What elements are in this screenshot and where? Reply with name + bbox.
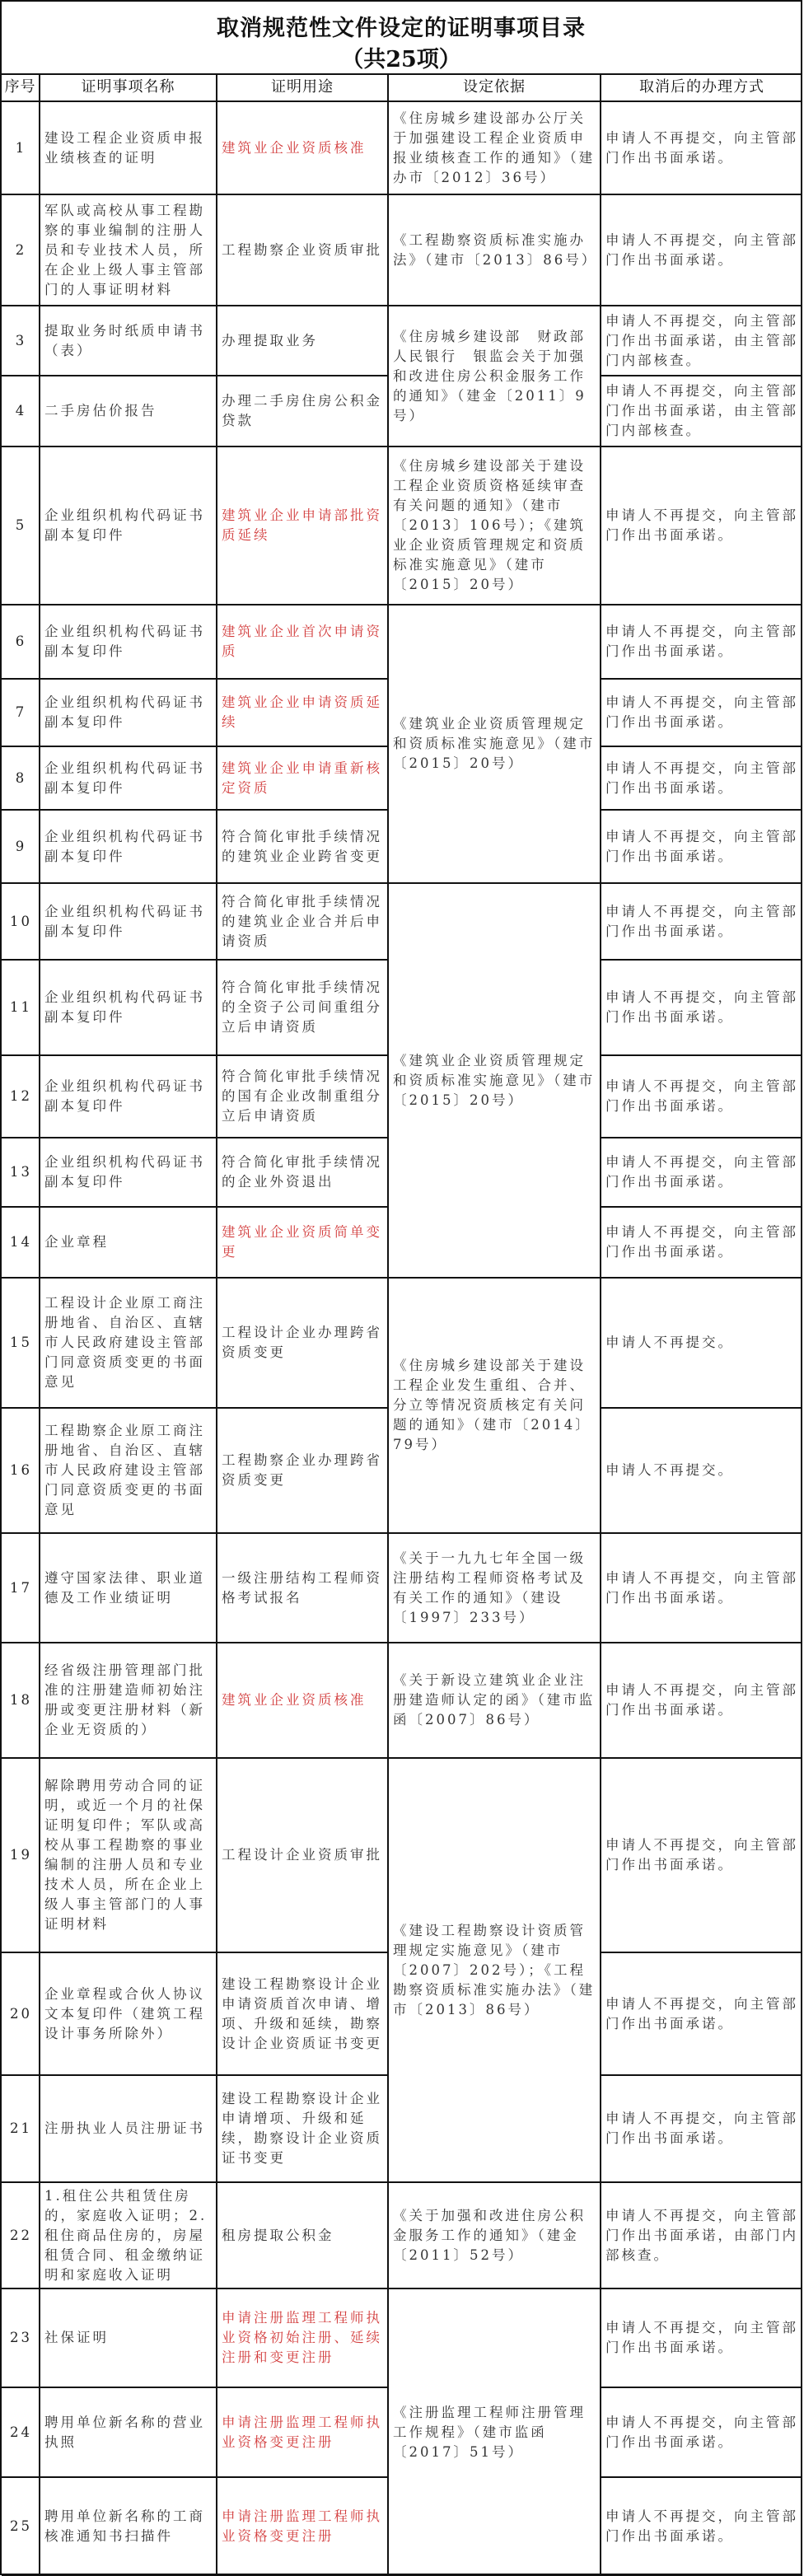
item-purpose: 建筑业企业申请重新核定资质	[217, 746, 388, 810]
handling-method: 申请人不再提交，向主管部门作出书面承诺。	[601, 1758, 802, 1952]
header-purpose: 证明用途	[217, 73, 388, 101]
handling-method: 申请人不再提交。	[601, 1408, 802, 1533]
row-index: 21	[2, 2075, 40, 2182]
row-index: 9	[2, 810, 40, 883]
handling-method: 申请人不再提交，向主管部门作出书面承诺。	[601, 1055, 802, 1138]
item-name: 企业章程	[40, 1207, 217, 1278]
row-index: 12	[2, 1055, 40, 1138]
row-index: 8	[2, 746, 40, 810]
item-purpose: 符合简化审批手续情况的建筑业企业合并后申请资质	[217, 883, 388, 960]
item-purpose: 工程勘察企业办理跨省资质变更	[217, 1408, 388, 1533]
item-name: 企业组织机构代码证书副本复印件	[40, 605, 217, 679]
table-row: 15工程设计企业原工商注册地省、自治区、直辖市人民政府建设主管部门同意资质变更的…	[2, 1278, 802, 1408]
handling-method: 申请人不再提交，向主管部门作出书面承诺。	[601, 194, 802, 306]
table-row: 3提取业务时纸质申请书（表）办理提取业务《住房城乡建设部 财政部 人民银行 银监…	[2, 306, 802, 376]
item-purpose: 工程设计企业资质审批	[217, 1758, 388, 1952]
row-index: 13	[2, 1138, 40, 1207]
legal-basis: 《住房城乡建设部关于建设工程企业发生重组、合并、分立等情况资质核定有关问题的通知…	[388, 1278, 601, 1533]
row-index: 5	[2, 446, 40, 605]
handling-method: 申请人不再提交，向主管部门作出书面承诺。	[601, 101, 802, 194]
item-name: 企业组织机构代码证书副本复印件	[40, 746, 217, 810]
item-purpose: 申请注册监理工程师执业资格初始注册、延续注册和变更注册	[217, 2288, 388, 2387]
handling-method: 申请人不再提交，向主管部门作出书面承诺。	[601, 605, 802, 679]
item-purpose: 申请注册监理工程师执业资格变更注册	[217, 2477, 388, 2576]
page-subtitle-count: （共25项）	[2, 41, 801, 73]
item-purpose: 符合简化审批手续情况的企业外资退出	[217, 1138, 388, 1207]
handling-method: 申请人不再提交，向主管部门作出书面承诺。	[601, 2288, 802, 2387]
table-row: 2军队或高校从事工程勘察的事业编制的注册人员和专业技术人员，所在企业上级人事主管…	[2, 194, 802, 306]
handling-method: 申请人不再提交，向主管部门作出书面承诺。	[601, 883, 802, 960]
row-index: 23	[2, 2288, 40, 2387]
item-name: 聘用单位新名称的工商核准通知书扫描件	[40, 2477, 217, 2576]
item-purpose: 符合简化审批手续情况的建筑业企业跨省变更	[217, 810, 388, 883]
item-name: 工程勘察企业原工商注册地省、自治区、直辖市人民政府建设主管部门同意资质变更的书面…	[40, 1408, 217, 1533]
row-index: 1	[2, 101, 40, 194]
item-name: 二手房估价报告	[40, 376, 217, 446]
table-row: 6企业组织机构代码证书副本复印件建筑业企业首次申请资质《建筑业企业资质管理规定和…	[2, 605, 802, 679]
legal-basis: 《住房城乡建设部关于建设工程企业资质资格延续审查有关问题的通知》（建市〔2013…	[388, 446, 601, 605]
item-name: 社保证明	[40, 2288, 217, 2387]
item-name: 企业组织机构代码证书副本复印件	[40, 883, 217, 960]
legal-basis: 《关于新设立建筑业企业注册建造师认定的函》（建市监函〔2007〕86号）	[388, 1643, 601, 1758]
row-index: 19	[2, 1758, 40, 1952]
row-index: 14	[2, 1207, 40, 1278]
item-purpose: 建筑业企业首次申请资质	[217, 605, 388, 679]
item-name: 经省级注册管理部门批准的注册建造师初始注册或变更注册材料（新企业无资质的）	[40, 1643, 217, 1758]
item-purpose: 租房提取公积金	[217, 2182, 388, 2288]
row-index: 24	[2, 2387, 40, 2477]
item-purpose: 申请注册监理工程师执业资格变更注册	[217, 2387, 388, 2477]
table-row: 1建设工程企业资质申报业绩核查的证明建筑业企业资质核准《住房城乡建设部办公厅关于…	[2, 101, 802, 194]
row-index: 16	[2, 1408, 40, 1533]
item-purpose: 建设工程勘察设计企业申请增项、升级和延续，勘察设计企业资质证书变更	[217, 2075, 388, 2182]
item-name: 遵守国家法律、职业道德及工作业绩证明	[40, 1533, 217, 1643]
item-name: 企业组织机构代码证书副本复印件	[40, 810, 217, 883]
page-title: 取消规范性文件设定的证明事项目录	[2, 10, 801, 42]
legal-basis: 《注册监理工程师注册管理工作规程》（建市监函〔2017〕51号）	[388, 2288, 601, 2576]
header-index: 序号	[2, 73, 40, 101]
item-purpose: 建筑业企业资质核准	[217, 101, 388, 194]
legal-basis: 《建筑业企业资质管理规定和资质标准实施意见》（建市〔2015〕20号）	[388, 883, 601, 1278]
row-index: 7	[2, 679, 40, 746]
item-name: 工程设计企业原工商注册地省、自治区、直辖市人民政府建设主管部门同意资质变更的书面…	[40, 1278, 217, 1408]
handling-method: 申请人不再提交。	[601, 1278, 802, 1408]
row-index: 4	[2, 376, 40, 446]
row-index: 10	[2, 883, 40, 960]
row-index: 20	[2, 1952, 40, 2075]
item-name: 建设工程企业资质申报业绩核查的证明	[40, 101, 217, 194]
table-row: 19解除聘用劳动合同的证明，或近一个月的社保证明复印件；军队或高校从事工程勘察的…	[2, 1758, 802, 1952]
handling-method: 申请人不再提交，向主管部门作出书面承诺。	[601, 1207, 802, 1278]
item-purpose: 建筑业企业申请资质延续	[217, 679, 388, 746]
legal-basis: 《建设工程勘察设计资质管理规定实施意见》（建市〔2007〕202号）；《工程勘察…	[388, 1758, 601, 2182]
certificate-items-table: 序号 证明事项名称 证明用途 设定依据 取消后的办理方式 1建设工程企业资质申报…	[2, 73, 802, 2576]
item-name: 聘用单位新名称的营业执照	[40, 2387, 217, 2477]
header-handling-method: 取消后的办理方式	[601, 73, 802, 101]
title-block: 取消规范性文件设定的证明事项目录 （共25项）	[2, 2, 801, 75]
handling-method: 申请人不再提交，向主管部门作出书面承诺，由主管部门内部核查。	[601, 306, 802, 376]
handling-method: 申请人不再提交，向主管部门作出书面承诺。	[601, 2477, 802, 2576]
handling-method: 申请人不再提交，向主管部门作出书面承诺，由主管部门内部核查。	[601, 376, 802, 446]
item-name: 提取业务时纸质申请书（表）	[40, 306, 217, 376]
table-row: 5企业组织机构代码证书副本复印件建筑业企业申请部批资质延续《住房城乡建设部关于建…	[2, 446, 802, 605]
handling-method: 申请人不再提交，向主管部门作出书面承诺。	[601, 446, 802, 605]
table-row: 221.租住公共租赁住房的，家庭收入证明；2.租住商品住房的，房屋租赁合同、租金…	[2, 2182, 802, 2288]
legal-basis: 《工程勘察资质标准实施办法》（建市〔2013〕86号）	[388, 194, 601, 306]
item-name: 企业组织机构代码证书副本复印件	[40, 446, 217, 605]
legal-basis: 《住房城乡建设部办公厅关于加强建设工程企业资质申报业绩核查工作的通知》（建办市〔…	[388, 101, 601, 194]
row-index: 11	[2, 960, 40, 1055]
row-index: 18	[2, 1643, 40, 1758]
item-purpose: 符合简化审批手续情况的全资子公司间重组分立后申请资质	[217, 960, 388, 1055]
handling-method: 申请人不再提交，向主管部门作出书面承诺。	[601, 2075, 802, 2182]
item-name: 企业组织机构代码证书副本复印件	[40, 1138, 217, 1207]
row-index: 15	[2, 1278, 40, 1408]
legal-basis: 《关于加强和改进住房公积金服务工作的通知》（建金〔2011〕52号）	[388, 2182, 601, 2288]
handling-method: 申请人不再提交，向主管部门作出书面承诺。	[601, 746, 802, 810]
table-row: 18经省级注册管理部门批准的注册建造师初始注册或变更注册材料（新企业无资质的）建…	[2, 1643, 802, 1758]
handling-method: 申请人不再提交，向主管部门作出书面承诺。	[601, 679, 802, 746]
item-purpose: 符合简化审批手续情况的国有企业改制重组分立后申请资质	[217, 1055, 388, 1138]
handling-method: 申请人不再提交，向主管部门作出书面承诺。	[601, 960, 802, 1055]
item-name: 注册执业人员注册证书	[40, 2075, 217, 2182]
row-index: 25	[2, 2477, 40, 2576]
item-name: 企业章程或合伙人协议文本复印件（建筑工程设计事务所除外）	[40, 1952, 217, 2075]
row-index: 6	[2, 605, 40, 679]
item-name: 解除聘用劳动合同的证明，或近一个月的社保证明复印件；军队或高校从事工程勘察的事业…	[40, 1758, 217, 1952]
legal-basis: 《住房城乡建设部 财政部 人民银行 银监会关于加强和改进住房公积金服务工作的通知…	[388, 306, 601, 446]
handling-method: 申请人不再提交，向主管部门作出书面承诺。	[601, 1643, 802, 1758]
row-index: 22	[2, 2182, 40, 2288]
item-purpose: 建筑业企业资质核准	[217, 1643, 388, 1758]
table-row: 17遵守国家法律、职业道德及工作业绩证明一级注册结构工程师资格考试报名《关于一九…	[2, 1533, 802, 1643]
item-name: 军队或高校从事工程勘察的事业编制的注册人员和专业技术人员，所在企业上级人事主管部…	[40, 194, 217, 306]
item-name: 企业组织机构代码证书副本复印件	[40, 1055, 217, 1138]
item-purpose: 办理二手房住房公积金贷款	[217, 376, 388, 446]
legal-basis: 《关于一九九七年全国一级注册结构工程师资格考试及有关工作的通知》（建设〔1997…	[388, 1533, 601, 1643]
item-purpose: 工程设计企业办理跨省资质变更	[217, 1278, 388, 1408]
item-name: 1.租住公共租赁住房的，家庭收入证明；2.租住商品住房的，房屋租赁合同、租金缴纳…	[40, 2182, 217, 2288]
item-purpose: 建设工程勘察设计企业申请资质首次申请、增项、升级和延续，勘察设计企业资质证书变更	[217, 1952, 388, 2075]
handling-method: 申请人不再提交，向主管部门作出书面承诺，由部门内部核查。	[601, 2182, 802, 2288]
handling-method: 申请人不再提交，向主管部门作出书面承诺。	[601, 810, 802, 883]
document-page: 取消规范性文件设定的证明事项目录 （共25项） 序号 证明事项名称 证明用途 设…	[0, 0, 802, 2575]
item-purpose: 一级注册结构工程师资格考试报名	[217, 1533, 388, 1643]
item-purpose: 建筑业企业资质简单变更	[217, 1207, 388, 1278]
item-purpose: 建筑业企业申请部批资质延续	[217, 446, 388, 605]
table-header-row: 序号 证明事项名称 证明用途 设定依据 取消后的办理方式	[2, 73, 802, 101]
item-name: 企业组织机构代码证书副本复印件	[40, 679, 217, 746]
header-legal-basis: 设定依据	[388, 73, 601, 101]
handling-method: 申请人不再提交，向主管部门作出书面承诺。	[601, 1533, 802, 1643]
item-name: 企业组织机构代码证书副本复印件	[40, 960, 217, 1055]
handling-method: 申请人不再提交，向主管部门作出书面承诺。	[601, 2387, 802, 2477]
header-item-name: 证明事项名称	[40, 73, 217, 101]
table-row: 10企业组织机构代码证书副本复印件符合简化审批手续情况的建筑业企业合并后申请资质…	[2, 883, 802, 960]
row-index: 3	[2, 306, 40, 376]
row-index: 2	[2, 194, 40, 306]
table-row: 23社保证明申请注册监理工程师执业资格初始注册、延续注册和变更注册《注册监理工程…	[2, 2288, 802, 2387]
handling-method: 申请人不再提交，向主管部门作出书面承诺。	[601, 1138, 802, 1207]
row-index: 17	[2, 1533, 40, 1643]
handling-method: 申请人不再提交，向主管部门作出书面承诺。	[601, 1952, 802, 2075]
item-purpose: 工程勘察企业资质审批	[217, 194, 388, 306]
item-purpose: 办理提取业务	[217, 306, 388, 376]
legal-basis: 《建筑业企业资质管理规定和资质标准实施意见》（建市〔2015〕20号）	[388, 605, 601, 883]
